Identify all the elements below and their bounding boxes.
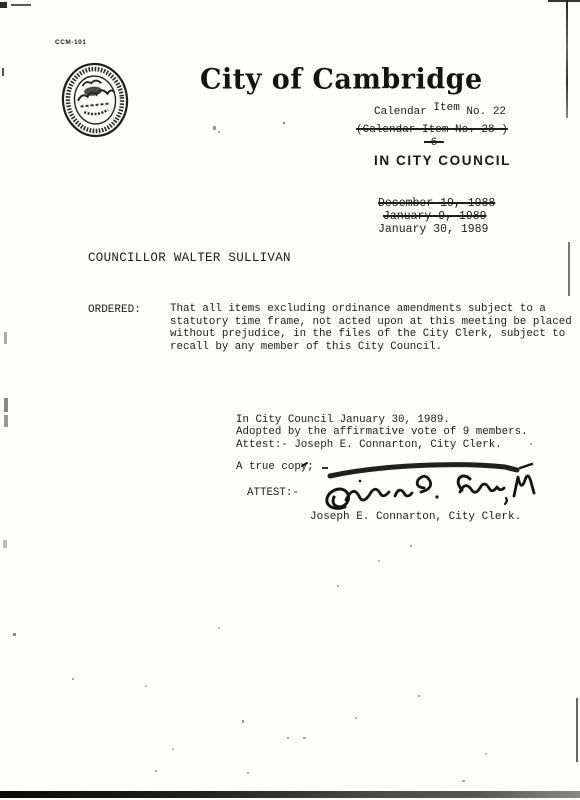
scan-artifact: [566, 0, 568, 118]
scan-artifact: [576, 698, 578, 762]
calendar-number: No. 22: [460, 106, 506, 118]
calendar-inserted-word: Item: [433, 102, 459, 114]
calendar-prefix: Calendar: [374, 106, 433, 118]
ordered-label: ORDERED:: [88, 304, 141, 316]
struck-date-2: January 9, 1989: [378, 210, 495, 223]
scan-artifact: [0, 791, 580, 798]
date-block: December 19, 1988 January 9, 1989 Januar…: [378, 197, 495, 236]
scan-artifact: [4, 332, 7, 344]
order-text: That all items excluding ordinance amend…: [170, 303, 572, 353]
clerk-name-line: Joseph E. Connarton, City Clerk.: [310, 511, 521, 523]
scan-artifact: [11, 4, 31, 6]
order-text-line: without prejudice, in the files of the C…: [170, 328, 572, 341]
calendar-item-line: Calendar Item No. 22: [374, 106, 506, 118]
adoption-block: In City Council January 30, 1989. Adopte…: [236, 414, 528, 451]
clerk-signature: [300, 452, 545, 514]
in-city-council-heading: IN CITY COUNCIL: [374, 153, 511, 168]
scanned-document-page: CCM-101 City of Cambridge Calendar Item …: [0, 0, 580, 800]
adoption-line: Attest:- Joseph E. Connarton, City Clerk…: [236, 439, 528, 451]
effective-date: January 30, 1989: [378, 223, 495, 236]
scan-artifact: [548, 0, 580, 2]
scan-artifact: [4, 398, 8, 412]
scan-artifact: [568, 242, 570, 296]
adoption-line: Adopted by the affirmative vote of 9 mem…: [236, 426, 528, 438]
attest-label: ATTEST:-: [247, 487, 299, 499]
struck-date-1: December 19, 1988: [378, 197, 495, 210]
scan-artifact: [2, 68, 4, 76]
order-text-line: recall by any member of this City Counci…: [170, 341, 572, 354]
scan-artifact: [0, 2, 7, 8]
city-seal-icon: [56, 58, 134, 143]
document-title: City of Cambridge: [200, 63, 483, 95]
scan-artifact: [4, 415, 8, 427]
councillor-line: COUNCILLOR WALTER SULLIVAN: [88, 251, 291, 265]
form-number: CCM-101: [55, 39, 86, 46]
order-text-line: statutory time frame, not acted upon at …: [170, 316, 572, 329]
page-number-struck: -6-: [424, 137, 444, 149]
scan-artifact: [3, 540, 7, 548]
adoption-line: In City Council January 30, 1989.: [236, 414, 528, 426]
order-text-line: That all items excluding ordinance amend…: [170, 303, 572, 316]
calendar-item-struck-line: (Calendar Item No. 28 ): [356, 124, 508, 136]
